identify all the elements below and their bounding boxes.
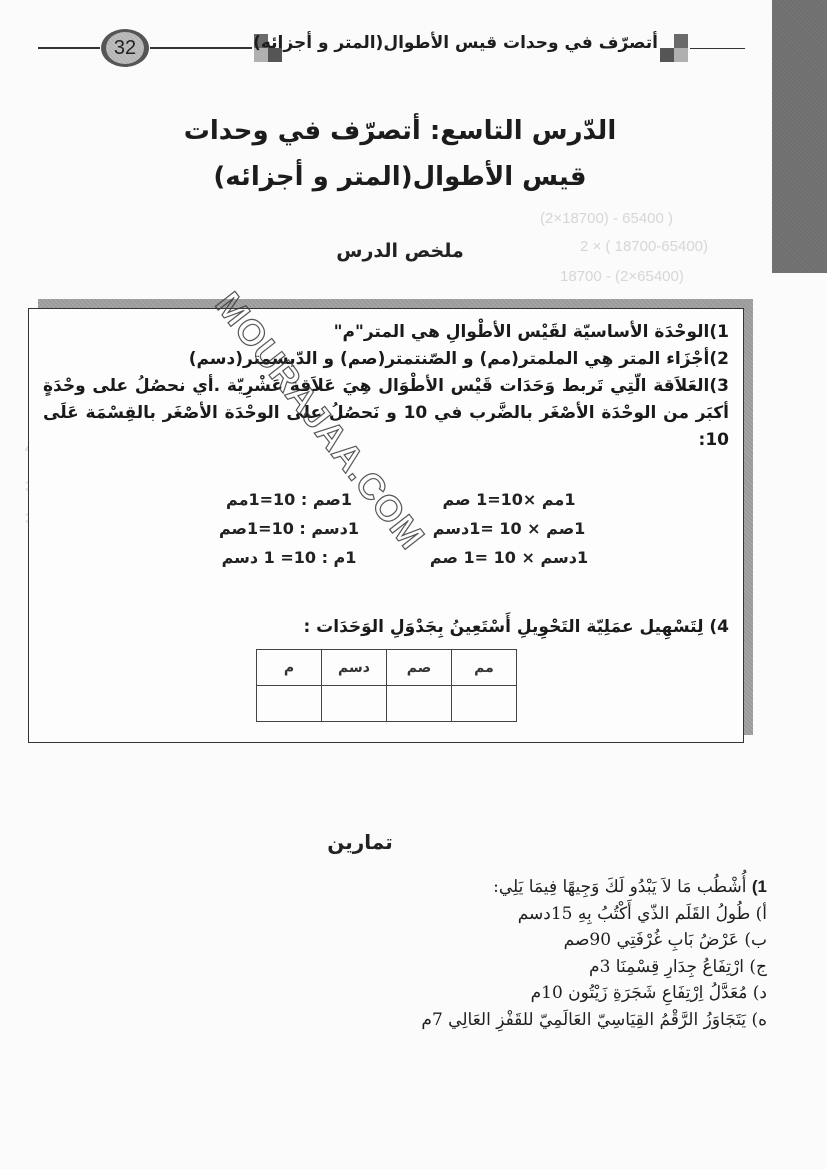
- relation-multiply: 1دسم × 10 =1 صم: [399, 545, 619, 570]
- exercise-1: 1) أُشْطُب مَا لاَ يَبْدُو لَكَ وَجِيهًا…: [207, 874, 767, 1033]
- table-cell[interactable]: [452, 686, 517, 722]
- relation-divide: 1م : 10= 1 دسم: [179, 545, 399, 570]
- exercise-prompt-text: أُشْطُب مَا لاَ يَبْدُو لَكَ وَجِيهًا فِ…: [493, 877, 746, 897]
- summary-point-3: 3)العَلاَقة الّتِي تَربط وَحَدَات قَيْس …: [43, 373, 729, 454]
- lesson-title: الدّرس التاسع: أتصرّف في وحدات قيس الأطو…: [120, 108, 680, 200]
- exercise-item[interactable]: ج) ارْتِفَاعُ جِدَارِ قِسْمِنَا 3م: [207, 954, 767, 981]
- relation-multiply: 1صم × 10 =1دسم: [399, 516, 619, 541]
- exercise-item[interactable]: أ) طُولُ القَلَم الذّي أَكْتُبُ بِهِ 15د…: [207, 901, 767, 928]
- lesson-title-line1: الدّرس التاسع: أتصرّف في وحدات: [120, 108, 680, 154]
- lesson-title-line2: قيس الأطوال(المتر و أجزائه): [120, 154, 680, 200]
- bleed-text: (2×18700) - 65400 ): [540, 210, 673, 227]
- summary-point-2: 2)أجْزَاء المتر هِي الملمتر(مم) و الصّنت…: [43, 346, 729, 373]
- exercise-item[interactable]: ب) عَرْضُ بَابِ غُرْفَتِي 90صم: [207, 927, 767, 954]
- table-header-cell: مم: [452, 650, 517, 686]
- table-header-cell: م: [257, 650, 322, 686]
- summary-heading: ملخص الدرس: [200, 240, 600, 262]
- table-row: [257, 686, 517, 722]
- box-shadow: [743, 299, 753, 735]
- header-rule: [690, 48, 745, 49]
- page-number-badge: 32: [101, 29, 149, 67]
- table-cell[interactable]: [257, 686, 322, 722]
- exercise-number: 1): [752, 877, 767, 896]
- running-title: أتصرّف في وحدات قيس الأطوال(المتر و أجزا…: [284, 33, 658, 53]
- workbook-page: (2×18700) - 65400 ) 2 × ( 18700-65400) 1…: [0, 0, 827, 1169]
- summary-points: 1)الوحْدَة الأساسيّة لقَيْس الأطْوالِ هي…: [43, 319, 729, 454]
- exercise-item[interactable]: د) مُعَدَّلُ اِرْتِفَاعِ شَجَرَةِ زَيْتُ…: [207, 980, 767, 1007]
- bleed-text: 18700 - (2×65400): [560, 268, 684, 285]
- header-squares-decoration: [660, 34, 688, 62]
- header-rule: [150, 47, 252, 49]
- summary-point-1: 1)الوحْدَة الأساسيّة لقَيْس الأطْوالِ هي…: [43, 319, 729, 346]
- table-cell[interactable]: [322, 686, 387, 722]
- relation-divide: 1صم : 10=1مم: [179, 487, 399, 512]
- exercises-heading: تمارين: [250, 830, 470, 854]
- units-conversion-table: مم صم دسم م: [256, 649, 517, 722]
- relation-multiply: 1مم ×10=1 صم: [399, 487, 619, 512]
- header-rule: [38, 47, 100, 49]
- table-header-row: مم صم دسم م: [257, 650, 517, 686]
- unit-relations: 1مم ×10=1 صم 1صم : 10=1مم 1صم × 10 =1دسم…: [179, 487, 619, 570]
- exercise-item[interactable]: ه) يَتَجَاوَزُ الرَّقْمُ القِيَاسِيّ الع…: [207, 1007, 767, 1034]
- table-header-cell: صم: [387, 650, 452, 686]
- relation-divide: 1دسم : 10=1صم: [179, 516, 399, 541]
- exercise-prompt: 1) أُشْطُب مَا لاَ يَبْدُو لَكَ وَجِيهًا…: [207, 874, 767, 901]
- table-intro: 4) لِتَسْهِيل عمَلِيّة التَحْوِيلِ أَسْت…: [303, 617, 729, 637]
- lesson-summary-box: 1)الوحْدَة الأساسيّة لقَيْس الأطْوالِ هي…: [28, 308, 744, 743]
- table-header-cell: دسم: [322, 650, 387, 686]
- side-thumb-tab: [772, 0, 827, 273]
- page-number: 32: [106, 32, 144, 64]
- table-cell[interactable]: [387, 686, 452, 722]
